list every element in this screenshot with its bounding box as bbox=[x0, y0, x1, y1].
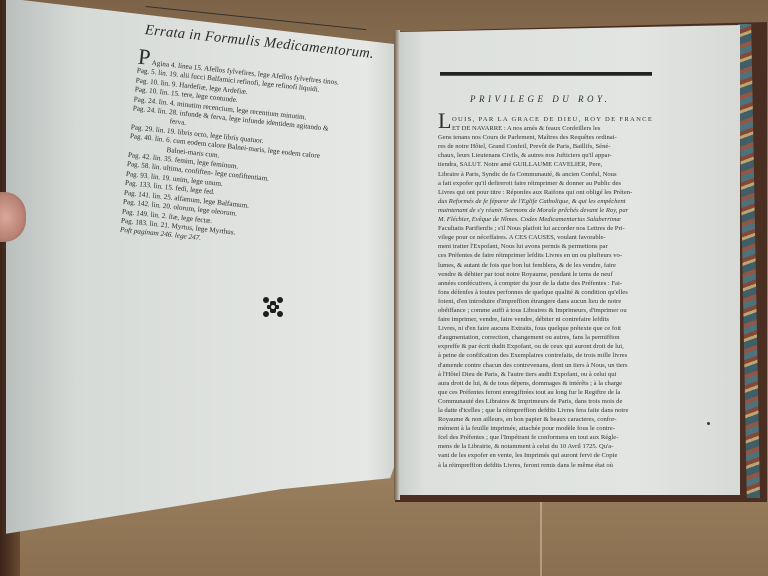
text-line: res de notre Hôtel, Grand Confeil, Prevô… bbox=[438, 142, 672, 151]
text-line: vant de les expofer en vente, les Imprim… bbox=[438, 451, 672, 460]
text-line: Gens tenans nos Cours de Parlement, Maît… bbox=[438, 133, 672, 142]
text-line: vendre & débiter par tout notre Royaume,… bbox=[438, 270, 672, 279]
text-line: ces Préfentes de faire réimprimer lefdit… bbox=[438, 251, 672, 260]
text-line: ment traiter l'Expofant, Nous lui avons … bbox=[438, 242, 672, 251]
header-rule bbox=[440, 72, 652, 76]
privilege-text: OUIS, PAR LA GRACE DE DIEU, ROY DE FRANC… bbox=[438, 115, 672, 470]
text-line: que ces Préfentes feront enregiftrées to… bbox=[438, 388, 672, 397]
text-line: OUIS, PAR LA GRACE DE DIEU, ROY DE FRANC… bbox=[438, 115, 672, 124]
text-line: Livres qui ont pour titre : Réponfes aux… bbox=[438, 188, 672, 197]
text-line: lumes, & autant de fois que bon lui femb… bbox=[438, 261, 672, 270]
text-line: d'augmentation, correction, changement o… bbox=[438, 333, 672, 342]
text-line: tiendra, SALUT. Notre amé GUILLAUME CAVE… bbox=[438, 160, 672, 169]
text-line: d'amende contre chacun des contrevenans,… bbox=[438, 361, 672, 370]
text-line: mens de la Librairie, & notamment à celu… bbox=[438, 442, 672, 451]
text-line: à la réimpreffion defdits Livres, feront… bbox=[438, 461, 672, 470]
paper-speck bbox=[707, 422, 710, 425]
text-line: ET DE NAVARRE : A nos amés & feaux Confe… bbox=[438, 124, 672, 133]
text-line: obéïffance ; comme auffi à tous Libraire… bbox=[438, 306, 672, 315]
text-line: maintenant de s'y réunir. Sermons de Mor… bbox=[438, 206, 672, 215]
printers-fleuron-icon bbox=[262, 296, 284, 318]
text-line: M. Fléchier, Evêque de Nîmes. Codex Medi… bbox=[438, 215, 672, 224]
errata-title: Errata in Formulis Medicamentorum. bbox=[144, 22, 375, 63]
text-line: expreffe & par écrit dudit Expofant, ou … bbox=[438, 342, 672, 351]
text-line: Facultatis Parifienfis ; s'il Nous plaif… bbox=[438, 224, 672, 233]
text-line: foient, d'en introduire d'impreffion étr… bbox=[438, 297, 672, 306]
privilege-title: PRIVILEGE DU ROY. bbox=[470, 94, 610, 104]
text-line: à peine de confifcation des Exemplaires … bbox=[438, 351, 672, 360]
text-line: chaux, leurs Lieutenans Civils, & autres… bbox=[438, 151, 672, 160]
text-line: mément à la feuille imprimée, attachée p… bbox=[438, 424, 672, 433]
text-line: la datte d'icelles ; que la réimpreffion… bbox=[438, 406, 672, 415]
errata-list: Agina 4. linea 15. Afellos fylvefires, l… bbox=[119, 55, 339, 256]
errata-section: Errata in Formulis Medicamentorum. P Agi… bbox=[119, 2, 405, 288]
text-line: à l'Hôtel Dieu de Paris, & l'autre tiers… bbox=[438, 370, 672, 379]
text-line: faire imprimer, vendre, faire vendre, dé… bbox=[438, 315, 672, 324]
text-line: Royaume & non ailleurs, en bon papier & … bbox=[438, 415, 672, 424]
text-line: Communauté des Libraires & Imprimeurs de… bbox=[438, 397, 672, 406]
text-line: Livres, ni d'en faire aucuns Extraits, f… bbox=[438, 324, 672, 333]
text-line: vilege pour ce néceffaires. A CES CAUSES… bbox=[438, 233, 672, 242]
text-line: Libraire à Paris, Syndic de fa Communaut… bbox=[438, 170, 672, 179]
text-line: dus Reformés de fe féparer de l'Eglife C… bbox=[438, 197, 672, 206]
text-line: fcel des Préfentes ; que l'Impétrant fe … bbox=[438, 433, 672, 442]
text-line: années confécutives, à compter du jour d… bbox=[438, 279, 672, 288]
text-line: a fait expofer qu'il defireroit faire ré… bbox=[438, 179, 672, 188]
text-line: fons défenfes à toutes perfonnes de quel… bbox=[438, 288, 672, 297]
text-line: aura droit de lui, & de tous dépens, dom… bbox=[438, 379, 672, 388]
